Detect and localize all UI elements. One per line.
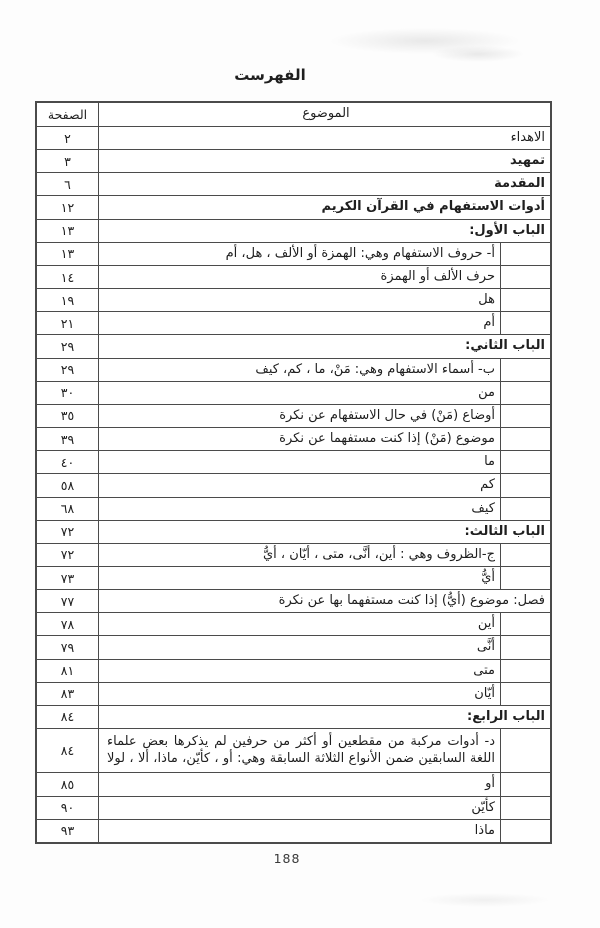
row-page-number: ١٩: [37, 289, 98, 311]
row-topic-cell: أين: [98, 613, 550, 635]
row-topic-cell: أوضاع (مَنْ) في حال الاستفهام عن نكرة: [98, 405, 550, 427]
row-topic: ماذا: [99, 820, 500, 842]
table-row: الباب الأول: ١٣: [37, 219, 550, 242]
row-topic-cell: أو: [98, 773, 550, 795]
row-topic-cell: أيُّ: [98, 567, 550, 589]
row-topic-cell: متى: [98, 660, 550, 682]
row-topic-cell: أ- حروف الاستفهام وهي: الهمزة أو الألف ،…: [98, 243, 550, 265]
row-topic-cell: الباب الثاني:: [98, 335, 550, 357]
row-topic-cell: كم: [98, 474, 550, 496]
row-topic-cell: أنَّى: [98, 636, 550, 658]
row-indent-cell: [500, 820, 550, 842]
table-row: ما ٤٠: [37, 450, 550, 473]
row-topic-cell: تمهيد: [98, 150, 550, 172]
row-topic: ج-الظروف وهي : أين، أنَّى، متى ، أيّان ،…: [99, 544, 500, 566]
row-topic: كيف: [99, 498, 500, 520]
row-topic-cell: حرف الألف أو الهمزة: [98, 266, 550, 288]
row-indent-cell: [500, 266, 550, 288]
row-page-number: ٢٩: [37, 335, 98, 357]
table-row: أوضاع (مَنْ) في حال الاستفهام عن نكرة ٣٥: [37, 404, 550, 427]
row-topic: هل: [99, 289, 500, 311]
row-page-number: ٣٥: [37, 405, 98, 427]
table-row: كأيّن ٩٠: [37, 796, 550, 819]
row-topic: أوضاع (مَنْ) في حال الاستفهام عن نكرة: [99, 405, 500, 427]
row-topic-cell: الباب الأول:: [98, 220, 550, 242]
table-row: حرف الألف أو الهمزة ١٤: [37, 265, 550, 288]
row-page-number: ٨٤: [37, 706, 98, 728]
row-indent-cell: [500, 729, 550, 772]
table-row: أنَّى ٧٩: [37, 635, 550, 658]
row-topic-cell: الباب الثالث:: [98, 521, 550, 543]
row-topic: أ- حروف الاستفهام وهي: الهمزة أو الألف ،…: [99, 243, 500, 265]
table-row: ب- أسماء الاستفهام وهي: مَنْ، ما ، كم، ك…: [37, 358, 550, 381]
row-topic-cell: كأيّن: [98, 797, 550, 819]
row-topic: أم: [99, 312, 500, 334]
row-page-number: ٨١: [37, 660, 98, 682]
row-topic: حرف الألف أو الهمزة: [99, 266, 500, 288]
table-row: المقدمة ٦: [37, 172, 550, 195]
table-row: أو ٨٥: [37, 772, 550, 795]
scan-artifact: [330, 28, 520, 54]
row-indent-cell: [500, 498, 550, 520]
row-topic: أيّان: [99, 683, 500, 705]
row-page-number: ٢: [37, 127, 98, 149]
row-indent-cell: [500, 289, 550, 311]
row-page-number: ٧٢: [37, 544, 98, 566]
row-topic-cell: ماذا: [98, 820, 550, 842]
row-page-number: ٣٩: [37, 428, 98, 450]
row-page-number: ٨٥: [37, 773, 98, 795]
row-topic: ما: [99, 451, 500, 473]
row-page-number: ٨٤: [37, 729, 98, 772]
row-topic-cell: الاهداء: [98, 127, 550, 149]
row-indent-cell: [500, 359, 550, 381]
row-topic: الباب الرابع:: [99, 706, 550, 728]
table-row: فصل: موضوع (أيُّ) إذا كنت مستفهما بها عن…: [37, 589, 550, 612]
row-page-number: ٢١: [37, 312, 98, 334]
table-row: الباب الرابع: ٨٤: [37, 705, 550, 728]
row-page-number: ٩٣: [37, 820, 98, 842]
row-indent-cell: [500, 613, 550, 635]
row-page-number: ١٣: [37, 243, 98, 265]
row-topic: من: [99, 382, 500, 404]
row-topic: د- أدوات مركبة من مقطعين أو أكثر من حرفي…: [99, 729, 500, 772]
row-topic: تمهيد: [99, 150, 550, 172]
row-topic-cell: المقدمة: [98, 173, 550, 195]
row-indent-cell: [500, 428, 550, 450]
row-topic: الاهداء: [99, 127, 550, 149]
row-topic: الباب الثالث:: [99, 521, 550, 543]
row-topic-cell: أم: [98, 312, 550, 334]
row-page-number: ١٣: [37, 220, 98, 242]
row-topic: أيُّ: [99, 567, 500, 589]
table-row: الاهداء ٢: [37, 127, 550, 149]
column-header-page: الصفحة: [37, 103, 98, 126]
row-topic: الباب الأول:: [99, 220, 550, 242]
row-page-number: ١٤: [37, 266, 98, 288]
row-topic-cell: أدوات الاستفهام في القرآن الكريم: [98, 196, 550, 218]
column-header-topic-cell: الموضوع: [98, 103, 550, 126]
row-page-number: ٧٢: [37, 521, 98, 543]
row-topic-cell: ما: [98, 451, 550, 473]
page-title: الفهرست: [0, 66, 540, 84]
table-header-row: الموضوع الصفحة: [37, 103, 550, 127]
table-row: أ- حروف الاستفهام وهي: الهمزة أو الألف ،…: [37, 242, 550, 265]
row-page-number: ٣: [37, 150, 98, 172]
table-row: كم ٥٨: [37, 473, 550, 496]
row-topic: الباب الثاني:: [99, 335, 550, 357]
row-page-number: ٢٩: [37, 359, 98, 381]
row-page-number: ٣٠: [37, 382, 98, 404]
row-indent-cell: [500, 382, 550, 404]
table-row: ج-الظروف وهي : أين، أنَّى، متى ، أيّان ،…: [37, 543, 550, 566]
table-row: هل ١٩: [37, 288, 550, 311]
row-indent-cell: [500, 451, 550, 473]
row-topic-cell: ج-الظروف وهي : أين، أنَّى، متى ، أيّان ،…: [98, 544, 550, 566]
row-page-number: ١٢: [37, 196, 98, 218]
row-page-number: ٥٨: [37, 474, 98, 496]
row-page-number: ٧٧: [37, 590, 98, 612]
row-topic: موضوع (مَنْ) إذا كنت مستفهما عن نكرة: [99, 428, 500, 450]
table-row: الباب الثاني: ٢٩: [37, 334, 550, 357]
table-row: تمهيد ٣: [37, 149, 550, 172]
row-topic-cell: هل: [98, 289, 550, 311]
row-topic-cell: د- أدوات مركبة من مقطعين أو أكثر من حرفي…: [98, 729, 550, 772]
row-indent-cell: [500, 773, 550, 795]
row-topic: كم: [99, 474, 500, 496]
table-row: د- أدوات مركبة من مقطعين أو أكثر من حرفي…: [37, 728, 550, 772]
row-page-number: ٧٣: [37, 567, 98, 589]
row-indent-cell: [500, 636, 550, 658]
table-row: أيّان ٨٣: [37, 682, 550, 705]
row-topic: متى: [99, 660, 500, 682]
table-row: أين ٧٨: [37, 612, 550, 635]
scan-artifact: [432, 46, 524, 62]
row-topic-cell: موضوع (مَنْ) إذا كنت مستفهما عن نكرة: [98, 428, 550, 450]
row-indent-cell: [500, 312, 550, 334]
row-page-number: ٤٠: [37, 451, 98, 473]
row-page-number: ٧٨: [37, 613, 98, 635]
row-topic: فصل: موضوع (أيُّ) إذا كنت مستفهما بها عن…: [99, 590, 550, 612]
row-page-number: ٦٨: [37, 498, 98, 520]
row-topic: أنَّى: [99, 636, 500, 658]
row-page-number: ٩٠: [37, 797, 98, 819]
row-topic-cell: فصل: موضوع (أيُّ) إذا كنت مستفهما بها عن…: [98, 590, 550, 612]
row-indent-cell: [500, 474, 550, 496]
table-row: الباب الثالث: ٧٢: [37, 520, 550, 543]
table-row: أيُّ ٧٣: [37, 566, 550, 589]
row-topic-cell: الباب الرابع:: [98, 706, 550, 728]
row-page-number: ٦: [37, 173, 98, 195]
row-topic-cell: أيّان: [98, 683, 550, 705]
table-row: من ٣٠: [37, 381, 550, 404]
row-indent-cell: [500, 683, 550, 705]
row-indent-cell: [500, 243, 550, 265]
row-indent-cell: [500, 797, 550, 819]
table-row: كيف ٦٨: [37, 497, 550, 520]
table-row: موضوع (مَنْ) إذا كنت مستفهما عن نكرة ٣٩: [37, 427, 550, 450]
row-indent-cell: [500, 567, 550, 589]
table-row: أم ٢١: [37, 311, 550, 334]
table-row: ماذا ٩٣: [37, 819, 550, 842]
table-row: متى ٨١: [37, 659, 550, 682]
toc-rows: الاهداء ٢ تمهيد ٣ المقدمة ٦ أدوات الاستف…: [37, 127, 550, 842]
row-topic-cell: ب- أسماء الاستفهام وهي: مَنْ، ما ، كم، ك…: [98, 359, 550, 381]
scan-artifact: [420, 893, 550, 907]
row-topic: أين: [99, 613, 500, 635]
row-indent-cell: [500, 544, 550, 566]
row-page-number: ٧٩: [37, 636, 98, 658]
column-header-topic: الموضوع: [99, 103, 550, 125]
row-page-number: ٨٣: [37, 683, 98, 705]
row-indent-cell: [500, 405, 550, 427]
row-topic: أدوات الاستفهام في القرآن الكريم: [99, 196, 550, 218]
row-topic: كأيّن: [99, 797, 500, 819]
row-topic: ب- أسماء الاستفهام وهي: مَنْ، ما ، كم، ك…: [99, 359, 500, 381]
row-topic: أو: [99, 773, 500, 795]
footer-page-number: 188: [0, 851, 574, 866]
row-topic: المقدمة: [99, 173, 550, 195]
document-page: الفهرست الموضوع الصفحة الاهداء ٢ تمهيد ٣: [0, 0, 600, 928]
row-topic-cell: كيف: [98, 498, 550, 520]
row-indent-cell: [500, 660, 550, 682]
row-topic-cell: من: [98, 382, 550, 404]
table-row: أدوات الاستفهام في القرآن الكريم ١٢: [37, 195, 550, 218]
toc-table: الموضوع الصفحة الاهداء ٢ تمهيد ٣ المقدمة: [35, 101, 552, 844]
